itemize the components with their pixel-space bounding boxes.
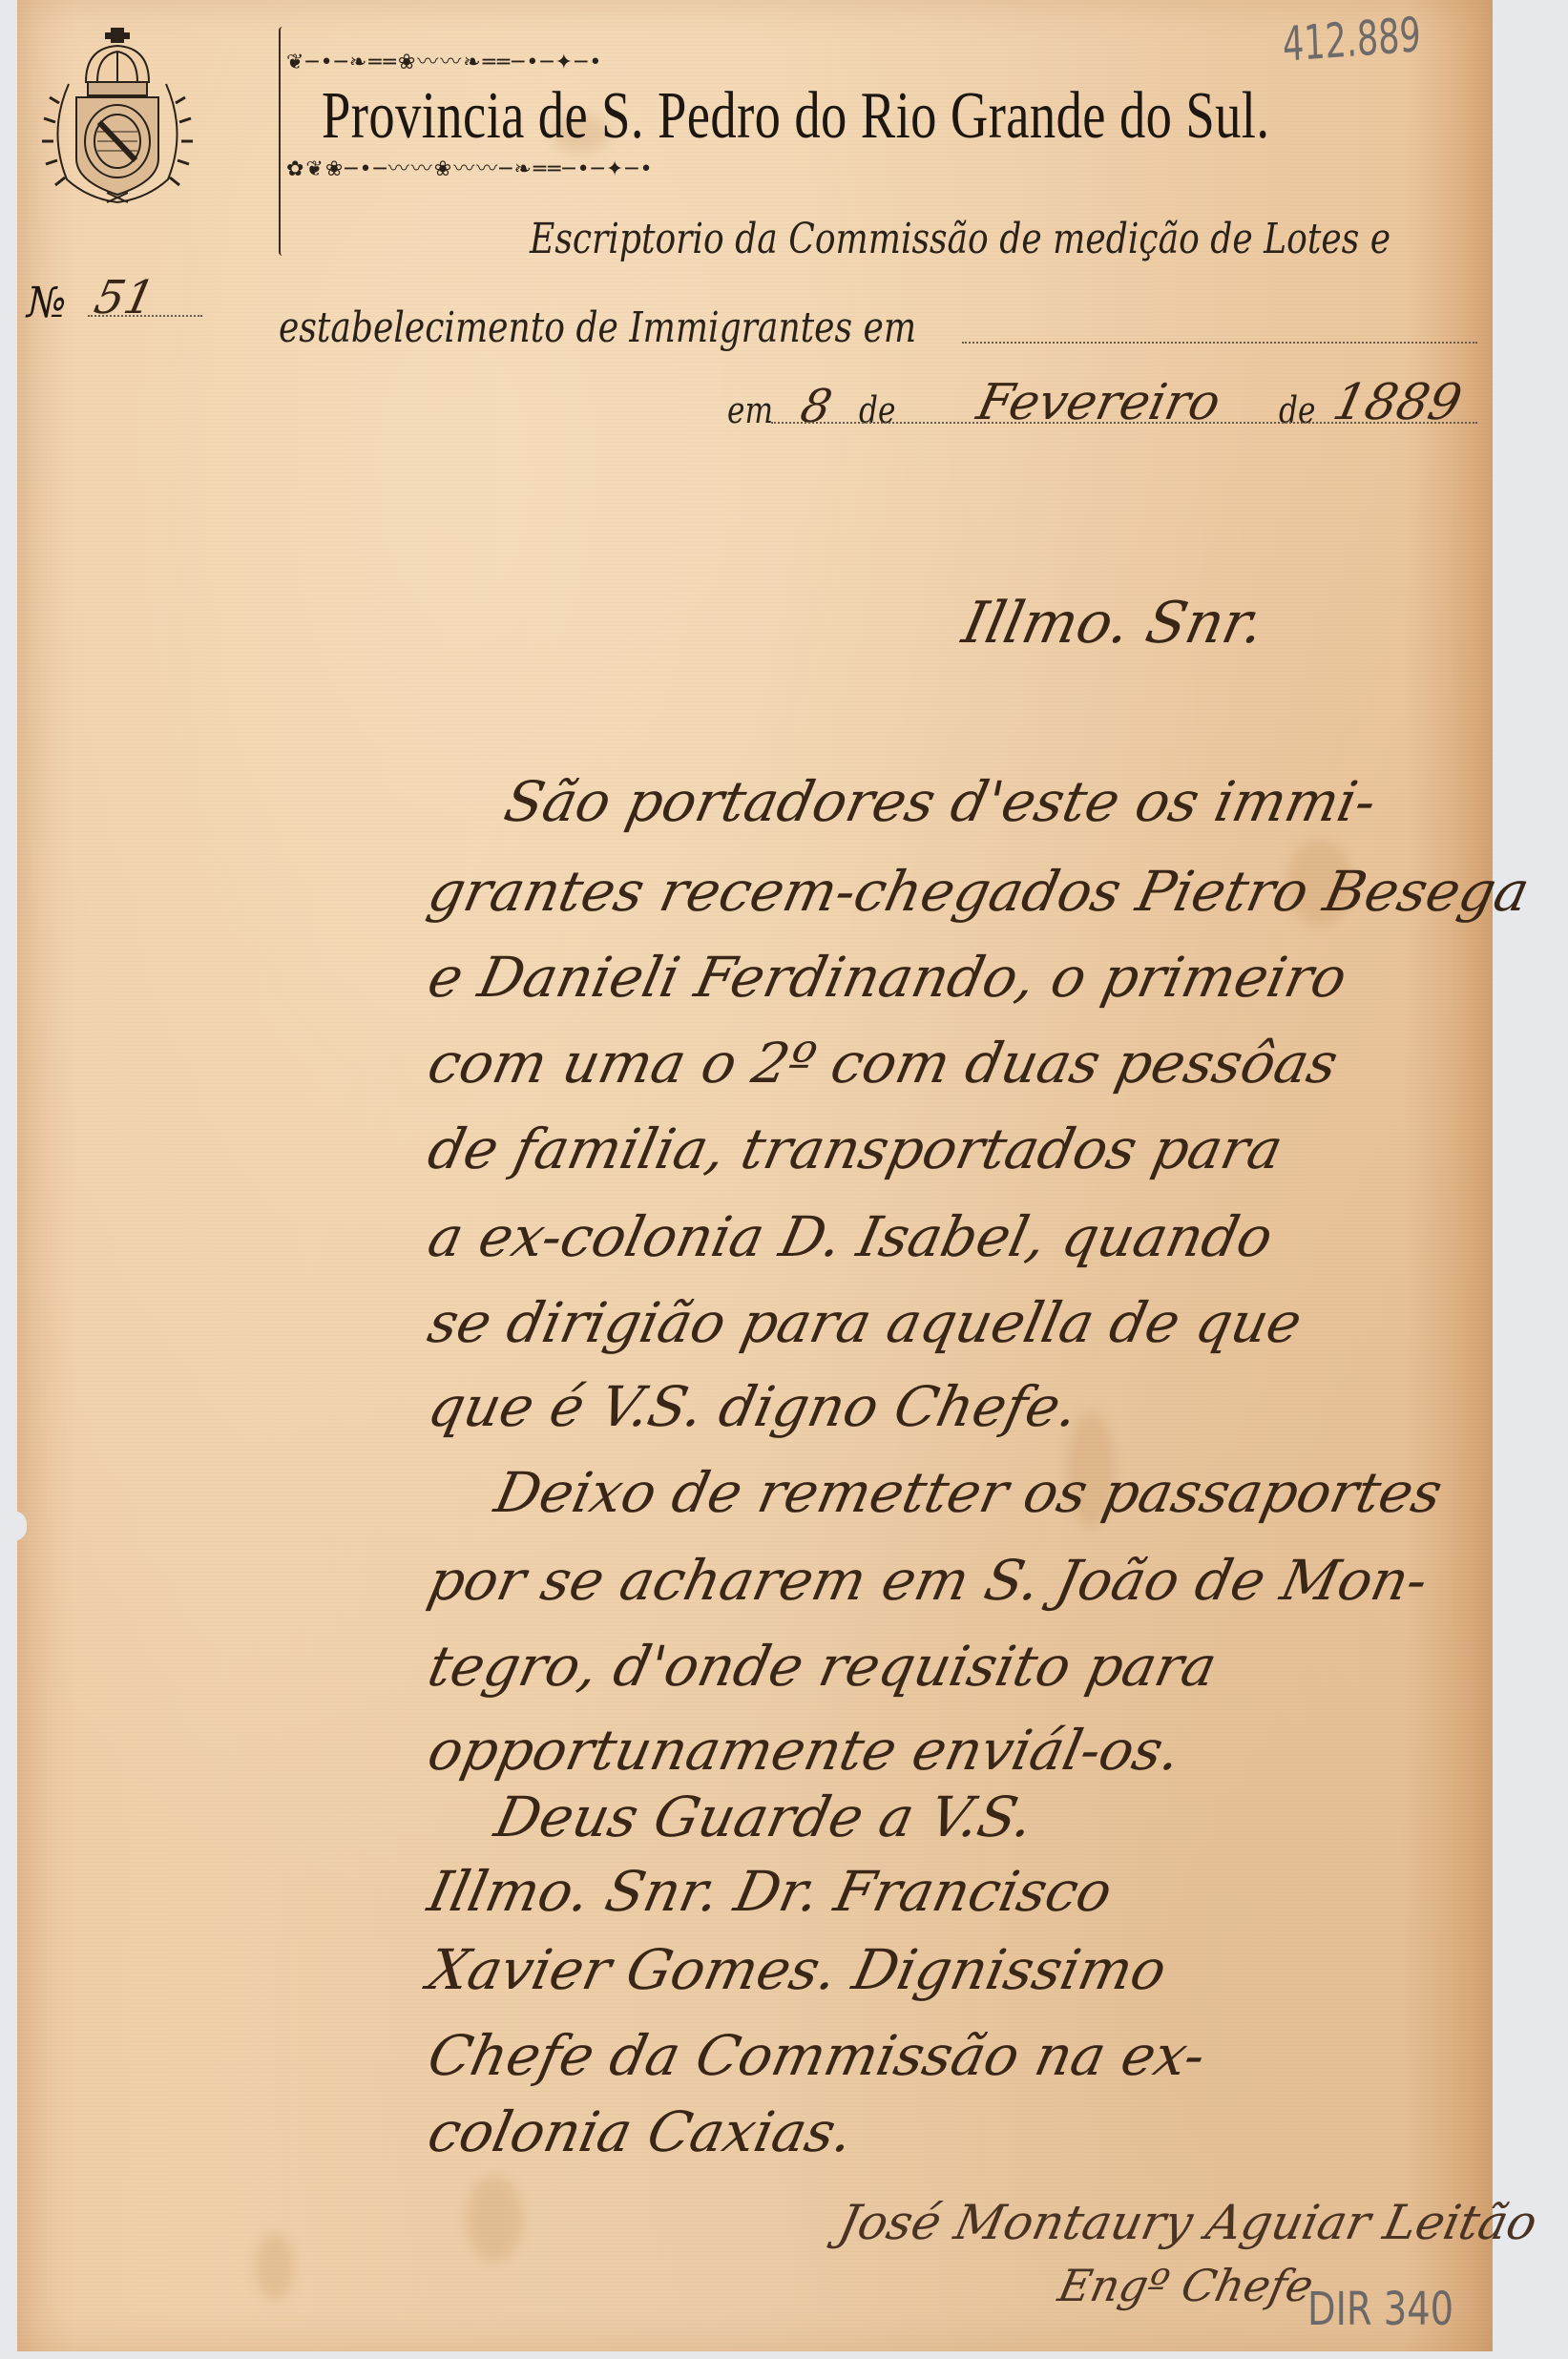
closing-line: Illmo. Snr. Dr. Francisco [423,1859,1118,1924]
body-line: que é V.S. digno Chefe. [423,1374,1084,1439]
number-label: № [27,279,67,327]
body-line: grantes recem-chegados Pietro Besega [423,859,1536,924]
paper-stain [466,2176,523,2262]
body-line: com uma o 2º com duas pessôas [423,1031,1344,1096]
dotted-fill-line [771,422,1477,424]
coat-of-arms-icon [31,27,204,208]
body-line: se dirigião para aquella de que [423,1290,1307,1355]
date-year-connector: de [1279,389,1315,431]
archive-number: 412.889 [1282,7,1422,73]
body-line: a ex-colonia D. Isabel, quando [423,1204,1279,1269]
closing-line: Chefe da Commissão na ex- [423,2023,1211,2088]
body-line: por se acharem em S. João de Mon- [423,1548,1433,1613]
ornamental-rule-bottom: ✿❦❀─•─〰〰❀〰〰─❧══─•─✦─• [286,153,655,182]
salutation: Illmo. Snr. [957,590,1270,657]
office-line-2: estabelecimento de Immigrantes em [279,303,916,352]
date-connector: de [859,389,895,431]
signature: José Montaury Aguiar Leitão [834,2195,1542,2250]
signature-title: Engº Chefe [1054,2260,1318,2311]
dotted-fill-line [88,315,202,317]
closing-line: Deus Guarde a V.S. [490,1785,1039,1849]
paper-notch [13,1511,27,1541]
letterhead-title: Provincia de S. Pedro do Rio Grande do S… [322,78,1269,155]
ornamental-rule-top: ❦─•─❧══❀〰〰❧══─•─✦─• [286,46,603,75]
body-line: São portadores d'este os immi- [499,769,1382,834]
body-line: opportunamente enviál-os. [423,1718,1186,1783]
closing-line: Xavier Gomes. Dignissimo [423,1937,1172,2002]
body-line: de familia, transportados para [423,1117,1288,1181]
body-line: e Danieli Ferdinando, o primeiro [423,945,1352,1010]
date-prefix: em [727,389,773,431]
dotted-fill-line [962,342,1477,344]
office-line-1: Escriptorio da Commissão de medição de L… [530,215,1390,263]
body-line: tegro, d'onde requisito para [423,1634,1223,1699]
body-line: Deixo de remetter os passaportes [490,1460,1448,1525]
archive-reference: DIR 340 [1307,2283,1453,2336]
paper-stain [256,2233,294,2300]
closing-line: colonia Caxias. [423,2099,859,2164]
